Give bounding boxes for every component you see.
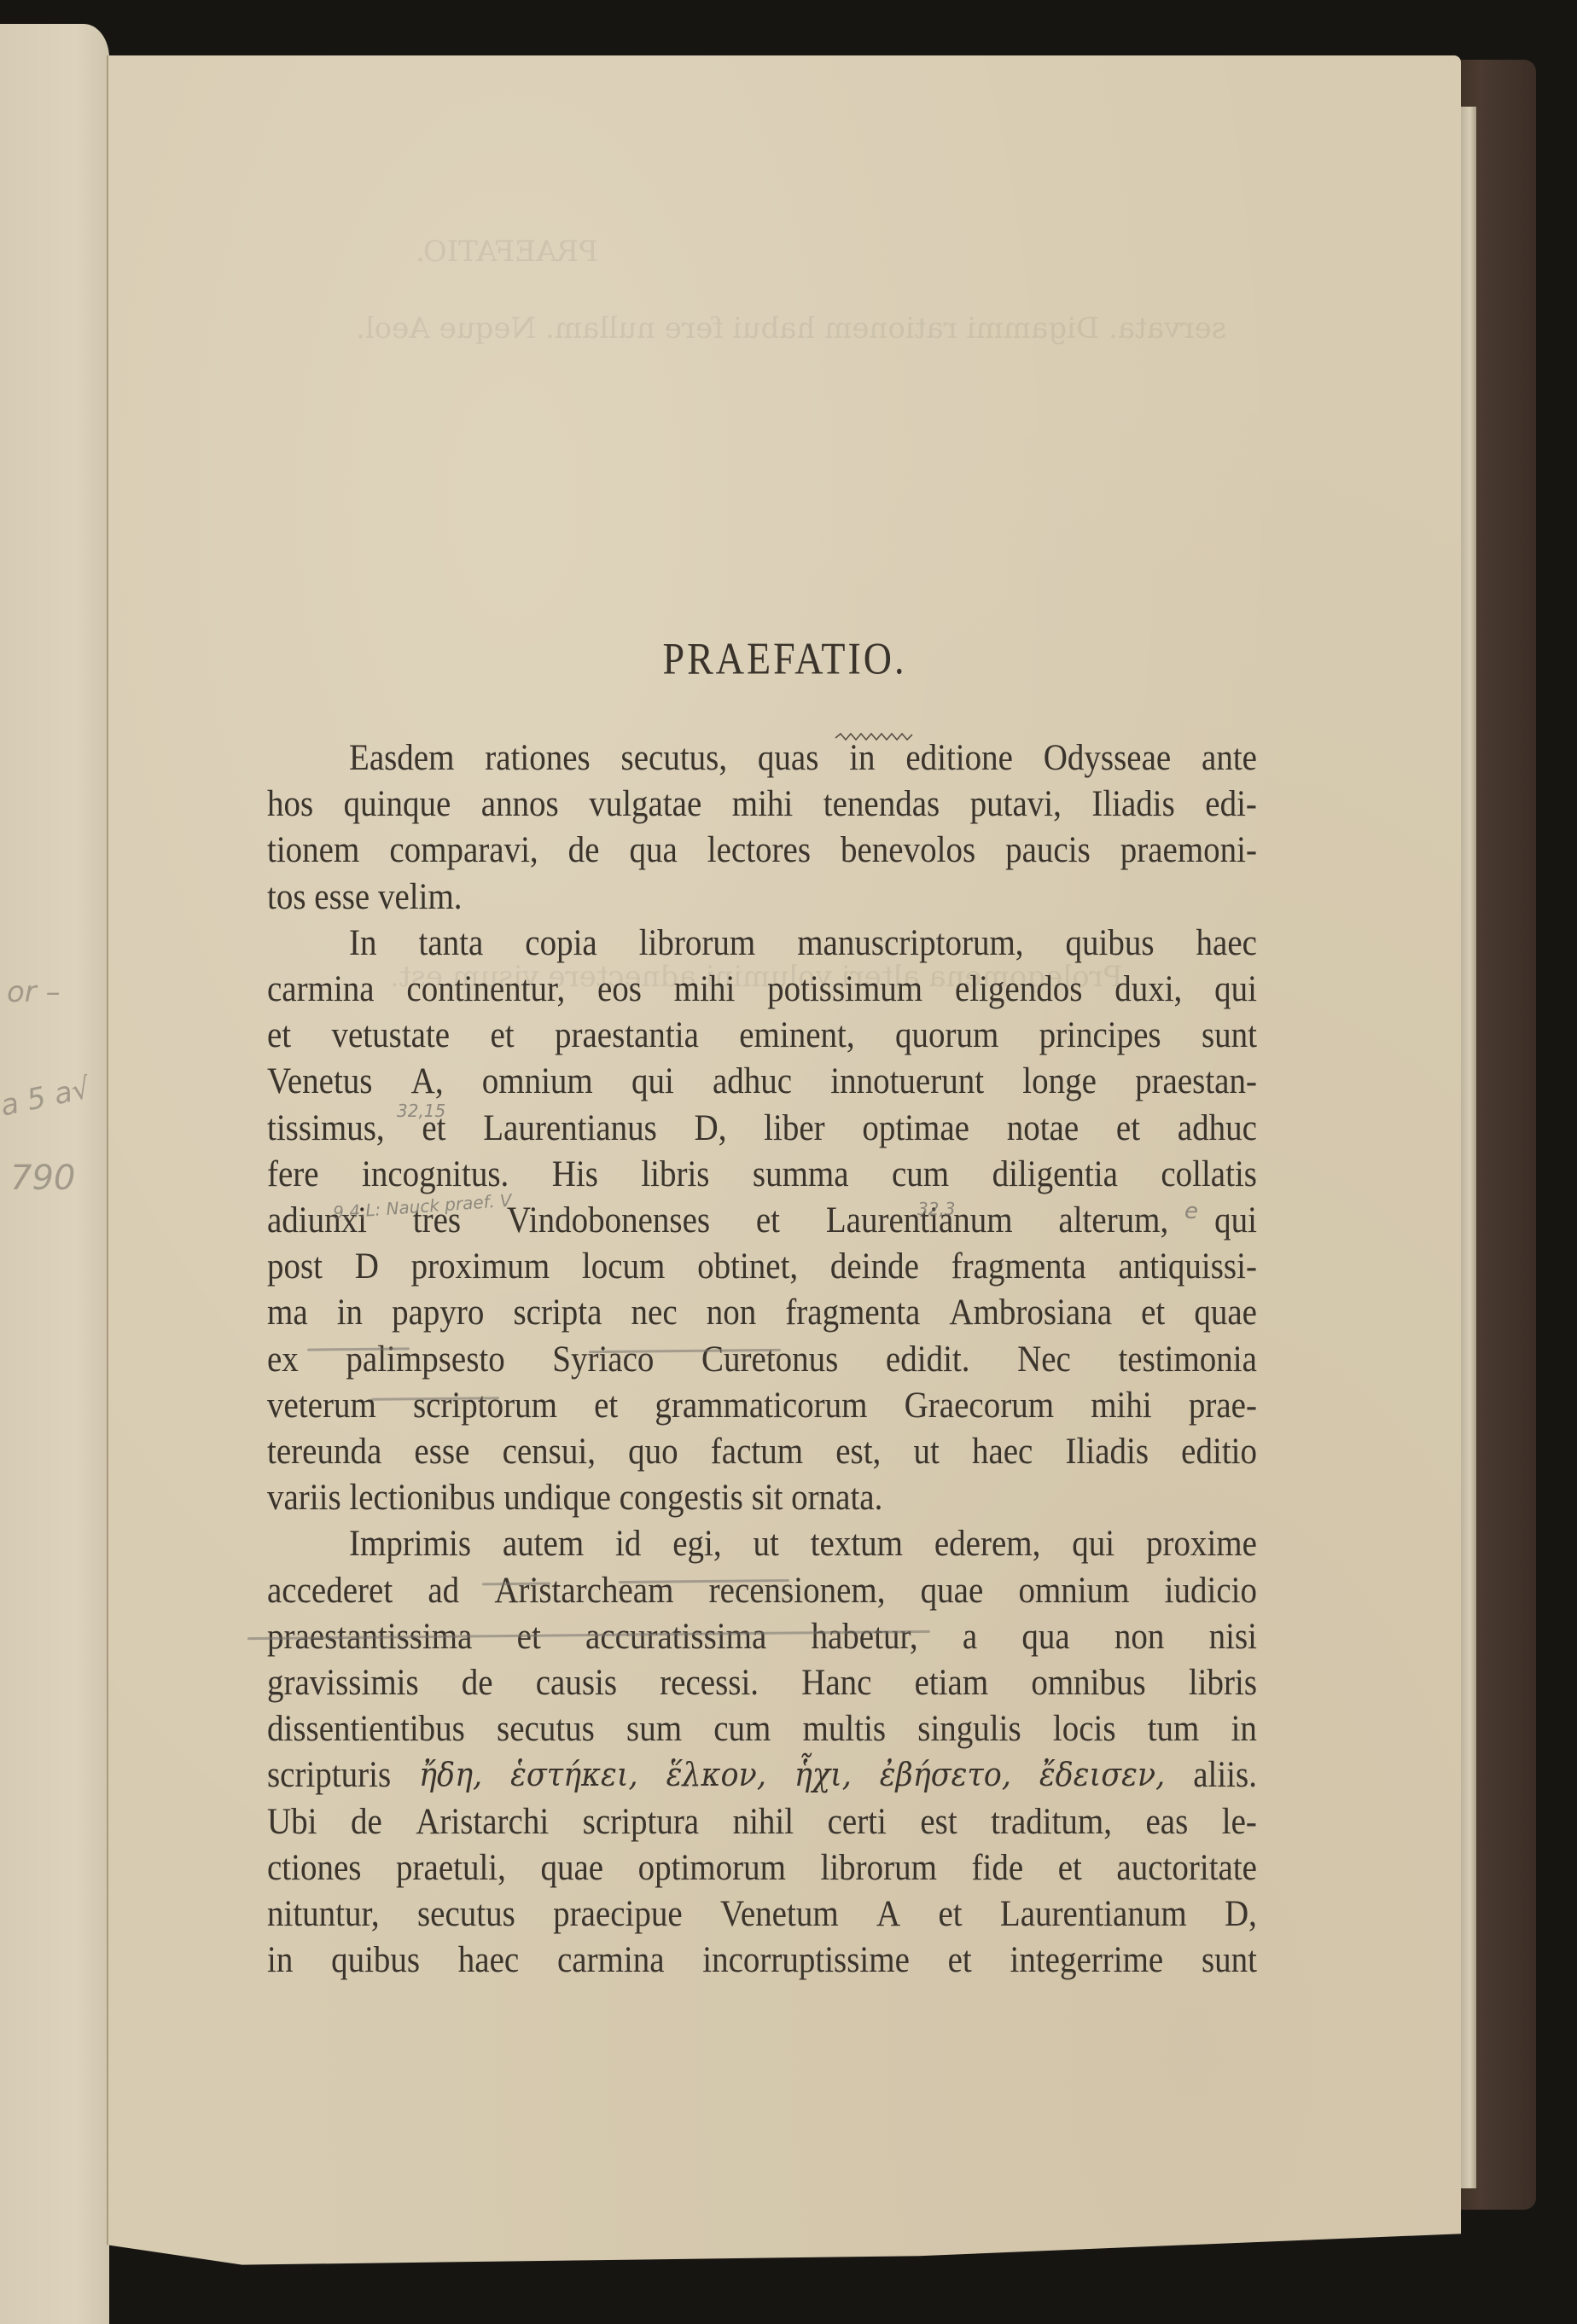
page-title: PRAEFATIO. bbox=[108, 632, 1461, 684]
greek-word: ἤδη, bbox=[419, 1751, 482, 1802]
pencil-note: 32,3 bbox=[917, 1199, 956, 1219]
text-line: tos esse velim. bbox=[267, 872, 1257, 923]
pencil-note: e bbox=[1184, 1199, 1198, 1224]
greek-word: ἐβήσετο, bbox=[880, 1751, 1011, 1802]
greek-word: ἑστήκει, bbox=[510, 1751, 638, 1802]
facing-left-page: or – a 5 a√ 790 bbox=[0, 24, 109, 2324]
text-line: expalimpsestoSyriacoCuretonusedidit.Nect… bbox=[267, 1334, 1257, 1386]
text-line: Easdemrationessecutus,quasineditioneOdys… bbox=[267, 733, 1257, 784]
latin-word: scripturis bbox=[267, 1751, 391, 1802]
text-line: gravissimisdecausisrecessi.Hancetiamomni… bbox=[267, 1658, 1257, 1709]
text-line: dissentientibussecutussumcummultissingul… bbox=[267, 1705, 1257, 1756]
text-line: etvetustateetpraestantiaeminent,quorumpr… bbox=[267, 1011, 1257, 1062]
text-line: postDproximumlocumobtinet,deindefragment… bbox=[267, 1242, 1257, 1293]
text-line: tionemcomparavi,dequalectoresbenevolospa… bbox=[267, 826, 1257, 877]
text-line: nituntur,secutuspraecipueVenetumAetLaure… bbox=[267, 1889, 1257, 1940]
text-line: ctionespraetuli,quaeoptimorumlibrorumfid… bbox=[267, 1843, 1257, 1894]
show-through-line: PRAEFATIO. bbox=[416, 235, 598, 269]
left-margin-note-3: 790 bbox=[10, 1159, 75, 1198]
greek-word: ἕλκον, bbox=[666, 1751, 766, 1802]
text-line: Imprimisautemidegi,uttextumederem,quipro… bbox=[267, 1519, 1257, 1571]
page-edges bbox=[1461, 107, 1476, 2188]
text-line: veterumscriptorumetgrammaticorumGraecoru… bbox=[267, 1380, 1257, 1432]
text-line: Intantacopialibrorummanuscriptorum,quibu… bbox=[267, 918, 1257, 969]
text-line: hosquinqueannosvulgataemihitenendasputav… bbox=[267, 779, 1257, 830]
text-line: inquibushaeccarminaincorruptissimeetinte… bbox=[267, 1936, 1257, 1987]
text-line: mainpapyroscriptanecnonfragmentaAmbrosia… bbox=[267, 1288, 1257, 1339]
text-line-greek: scripturis ἤδη, ἑστήκει, ἕλκον, ἧχι, ἐβή… bbox=[267, 1751, 1257, 1802]
left-margin-note-1: or – bbox=[7, 975, 61, 1009]
text-line: variis lectionibus undique congestis sit… bbox=[267, 1473, 1257, 1525]
pencil-note: 32,15 bbox=[397, 1101, 445, 1121]
greek-word: ἧχι, bbox=[794, 1751, 852, 1802]
greek-word: ἔδεισεν, bbox=[1039, 1751, 1165, 1802]
text-line: accederetadAristarcheamrecensionem,quaeo… bbox=[267, 1566, 1257, 1617]
text-line: tereundaessecensui,quofactumest,uthaecIl… bbox=[267, 1426, 1257, 1478]
text-line: carminacontinentur,eosmihipotissimumelig… bbox=[267, 964, 1257, 1015]
text-line: UbideAristarchiscripturanihilcertiesttra… bbox=[267, 1797, 1257, 1848]
left-margin-note-2: a 5 a√ bbox=[0, 1071, 94, 1123]
preface-body: Easdemrationessecutus,quasineditioneOdys… bbox=[267, 735, 1257, 1984]
show-through-line: servata. Digammi rationem habui fere nul… bbox=[356, 311, 1226, 346]
latin-word: aliis. bbox=[1193, 1751, 1257, 1802]
text-line: fereincognitus.Hislibrissummacumdiligent… bbox=[267, 1149, 1257, 1200]
